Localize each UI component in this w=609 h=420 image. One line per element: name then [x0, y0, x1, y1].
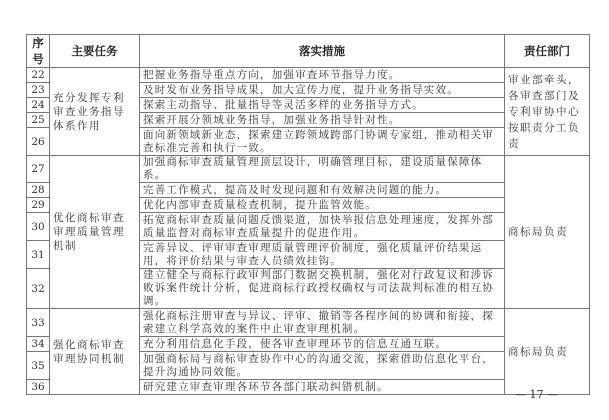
main-task: 强化商标审查审理协同机制: [50, 309, 140, 395]
measure: 完善异议、评审审查审理质量管理评价制度，强化质量评价结果运用，将评价结果与审查人…: [140, 241, 505, 269]
page-number: — 17 —: [515, 388, 558, 401]
measure: 面向新领域新业态，探索建立跨领域跨部门协调专家组，推动相关审查标准完善和执行一致…: [140, 128, 505, 156]
responsible-dept: 商标局负责: [505, 156, 590, 309]
responsible-dept: 审业部牵头，各审查部门及专利审协中心按职责分工负责: [505, 68, 590, 156]
row-number: 27: [27, 156, 50, 183]
row-number: 28: [27, 183, 50, 198]
header-task: 主要任务: [50, 35, 140, 68]
row-number: 23: [27, 83, 50, 98]
row-number: 30: [27, 213, 50, 241]
header-dept: 责任部门: [505, 35, 590, 68]
measure: 拓宽商标审查质量问题反馈渠道，加快举报信息处理速度，发挥外部质量监督对商标审查质…: [140, 213, 505, 241]
measure: 充分利用信息化手段，使各审查审理环节的信息互通互联。: [140, 337, 505, 352]
row-number: 33: [27, 309, 50, 337]
row-number: 29: [27, 198, 50, 213]
table-row: 27 优化商标审查审理质量管理机制 加强商标审查质量管理顶层设计，明确管理目标，…: [27, 156, 590, 183]
measure: 研究建立审查审理各环节各部门联动纠错机制。: [140, 380, 505, 395]
measure: 强化商标注册审查与异议、评审、撤销等各程序间的协调和衔接，探索建立科学高效的案件…: [140, 309, 505, 337]
row-number: 24: [27, 98, 50, 113]
row-number: 31: [27, 241, 50, 269]
row-number: 22: [27, 68, 50, 83]
row-number: 26: [27, 128, 50, 156]
measure: 加强商标局与商标审查协作中心的沟通交流，探索借助信息化平台，提升沟通协同效能。: [140, 352, 505, 380]
measure: 把握业务指导重点方向，加强审查环节指导力度。: [140, 68, 505, 83]
responsible-dept: 商标局负责: [505, 309, 590, 395]
header-row: 序号 主要任务 落实措施 责任部门: [27, 35, 590, 68]
measure: 建立健全与商标行政审判部门数据交换机制，强化对行政复议和涉诉败诉案件统计分析，促…: [140, 269, 505, 309]
task-table: 序号 主要任务 落实措施 责任部门 22 充分发挥专利审查业务指导体系作用 把握…: [26, 34, 590, 395]
main-task: 优化商标审查审理质量管理机制: [50, 156, 140, 309]
header-measure: 落实措施: [140, 35, 505, 68]
row-number: 32: [27, 269, 50, 309]
row-number: 36: [27, 380, 50, 395]
row-number: 25: [27, 113, 50, 128]
header-seq: 序号: [27, 35, 50, 68]
measure: 探索开展分领域业务指导，加强业务指导针对性。: [140, 113, 505, 128]
row-number: 35: [27, 352, 50, 380]
table-row: 22 充分发挥专利审查业务指导体系作用 把握业务指导重点方向，加强审查环节指导力…: [27, 68, 590, 83]
measure: 及时发布业务指导成果，加大宣传力度，提升业务指导实效。: [140, 83, 505, 98]
table-row: 33 强化商标审查审理协同机制 强化商标注册审查与异议、评审、撤销等各程序间的协…: [27, 309, 590, 337]
row-number: 34: [27, 337, 50, 352]
measure: 加强商标审查质量管理顶层设计，明确管理目标，建设质量保障体系。: [140, 156, 505, 183]
main-task: 充分发挥专利审查业务指导体系作用: [50, 68, 140, 156]
measure: 完善工作模式，提高及时发现问题和有效解决问题的能力。: [140, 183, 505, 198]
measure: 优化内部审查质量检查机制，提升监管效能。: [140, 198, 505, 213]
measure: 探索主动指导、批量指导等灵活多样的业务指导方式。: [140, 98, 505, 113]
